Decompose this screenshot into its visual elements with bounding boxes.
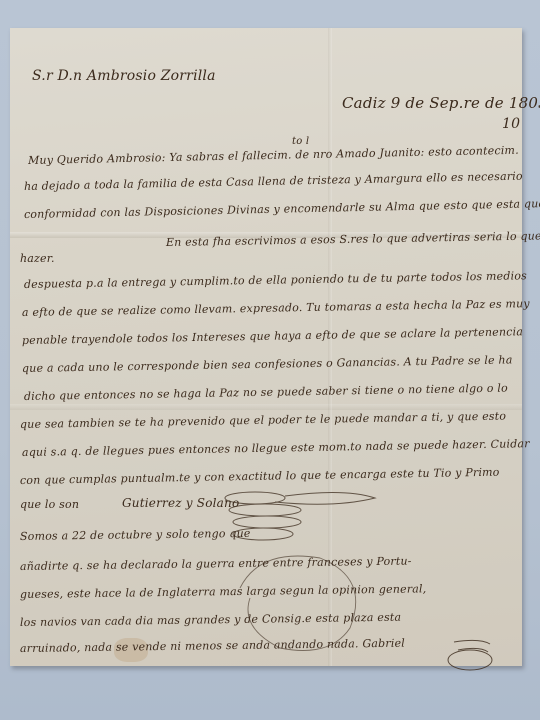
body-line: hazer. (20, 252, 55, 265)
body-line: to l (292, 136, 309, 147)
body-line: conformidad con las Disposiciones Divina… (24, 197, 540, 221)
body-line: despuesta p.a la entrega y cumplim.to de… (24, 269, 527, 291)
paper-fold-horizontal (10, 404, 522, 410)
body-line: aqui s.a q. de llegues pues entonces no … (22, 437, 530, 459)
body-line: que sea tambien se te ha prevenido que e… (20, 410, 506, 431)
body-line: penable trayendole todos los Intereses q… (22, 325, 523, 347)
body-line: dicho que entonces no se haga la Paz no … (24, 382, 508, 403)
dateline: Cadiz 9 de Sep.re de 1805 (342, 94, 540, 112)
page-marker: 10 (502, 116, 520, 132)
body-line: ha dejado a toda la familia de esta Casa… (24, 170, 523, 193)
body-line: con que cumplas puntualm.te y con exacti… (20, 466, 500, 487)
body-line: que lo son (20, 498, 79, 511)
second-signature-rubric (440, 636, 500, 676)
letter-paper: S.r D.n Ambrosio Zorrilla Cadiz 9 de Sep… (10, 28, 522, 666)
addressee: S.r D.n Ambrosio Zorrilla (32, 68, 216, 84)
body-line: a efto de que se realize como llevam. ex… (22, 297, 530, 319)
body-line: que a cada uno le corresponde bien sea c… (22, 353, 513, 375)
body-line: Muy Querido Ambrosio: Ya sabras el falle… (28, 144, 519, 167)
